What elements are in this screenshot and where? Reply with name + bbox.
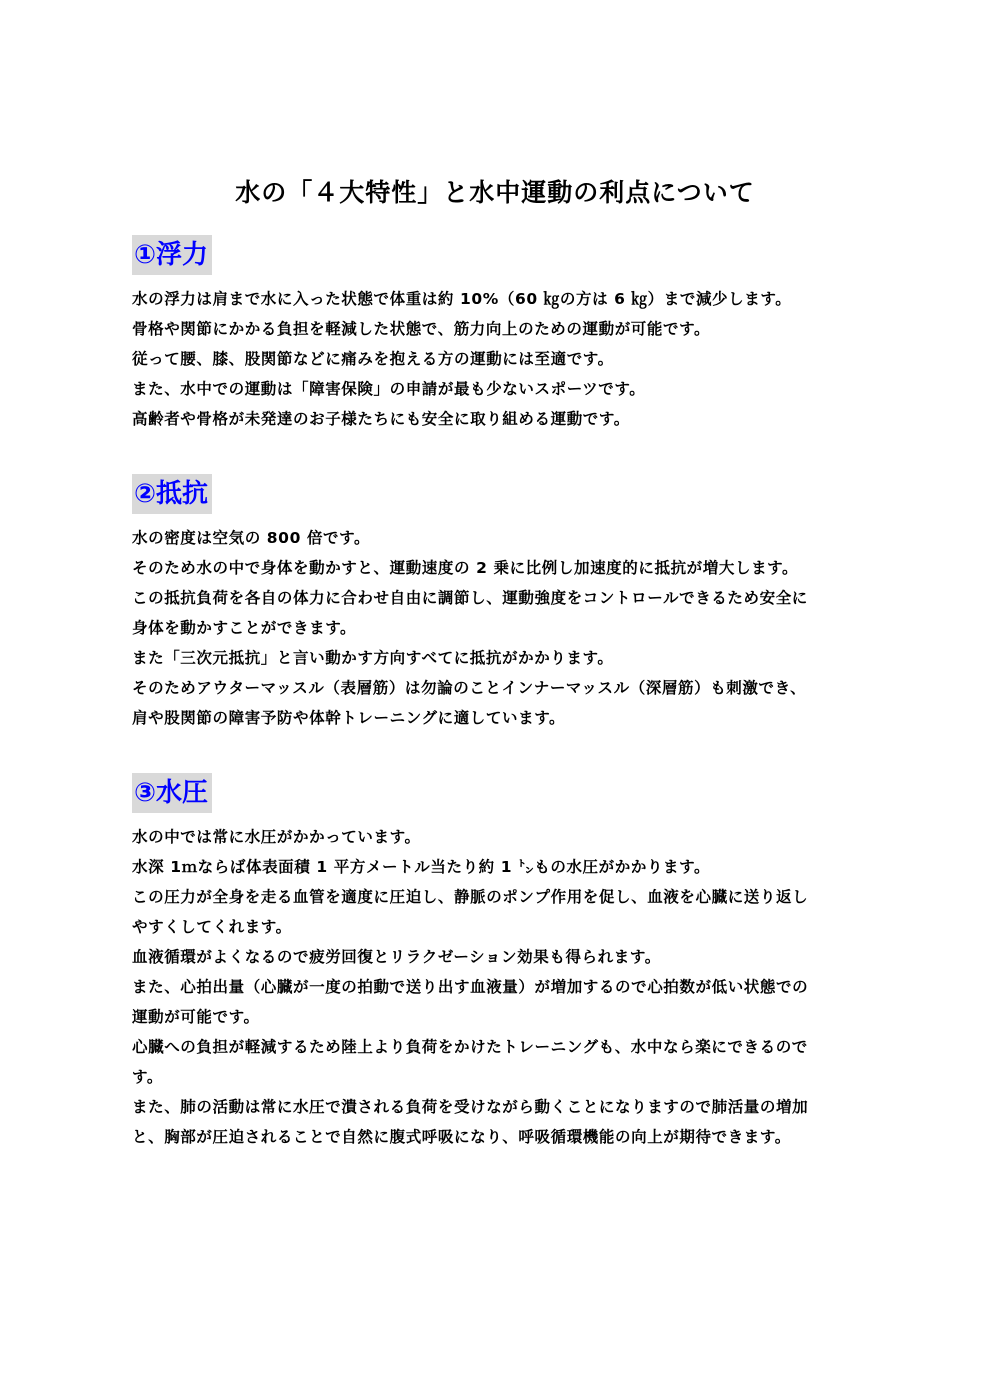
text-line: 運動が可能です。 [132, 1002, 872, 1032]
text-line: やすくしてくれます。 [132, 912, 872, 942]
text-line: また「三次元抵抗」と言い動かす方向すべてに抵抗がかかります。 [132, 643, 872, 673]
section-heading-buoyancy: ①浮力 [132, 235, 212, 275]
document-page: 水の「４大特性」と水中運動の利点について ①浮力 水の浮力は肩まで水に入った状態… [0, 0, 990, 1400]
text-line: 肩や股関節の障害予防や体幹トレーニングに適しています。 [132, 703, 872, 733]
text-line: 水の中では常に水圧がかかっています。 [132, 822, 872, 852]
text-line: 高齢者や骨格が未発達のお子様たちにも安全に取り組める運動です。 [132, 404, 872, 434]
text-line: 骨格や関節にかかる負担を軽減した状態で、筋力向上のための運動が可能です。 [132, 314, 872, 344]
text-line: そのためアウターマッスル（表層筋）は勿論のことインナーマッスル（深層筋）も刺激で… [132, 673, 872, 703]
text-line: 心臓への負担が軽減するため陸上より負荷をかけたトレーニングも、水中なら楽にできる… [132, 1032, 872, 1062]
text-line: 水の密度は空気の 800 倍です。 [132, 523, 872, 553]
section-heading-resistance: ②抵抗 [132, 474, 212, 514]
section-body-resistance: 水の密度は空気の 800 倍です。 そのため水の中で身体を動かすと、運動速度の … [132, 523, 872, 733]
text-line: そのため水の中で身体を動かすと、運動速度の 2 乗に比例し加速度的に抵抗が増大し… [132, 553, 872, 583]
text-line: また、心拍出量（心臓が一度の拍動で送り出す血液量）が増加するので心拍数が低い状態… [132, 972, 872, 1002]
text-line: 身体を動かすことができます。 [132, 613, 872, 643]
section-body-buoyancy: 水の浮力は肩まで水に入った状態で体重は約 10%（60 ㎏の方は 6 ㎏）まで減… [132, 284, 872, 434]
text-line: この抵抗負荷を各自の体力に合わせ自由に調節し、運動強度をコントロールできるため安… [132, 583, 872, 613]
text-line: 水深 1ｍならば体表面積 1 平方メートル当たり約 1 ㌧もの水圧がかかります。 [132, 852, 872, 882]
text-line: また、水中での運動は「障害保険」の申請が最も少ないスポーツです。 [132, 374, 872, 404]
section-heading-water-pressure: ③水圧 [132, 773, 212, 813]
document-title: 水の「４大特性」と水中運動の利点について [0, 173, 990, 213]
text-line: この圧力が全身を走る血管を適度に圧迫し、静脈のポンプ作用を促し、血液を心臓に送り… [132, 882, 872, 912]
text-line: す。 [132, 1062, 872, 1092]
text-line: 水の浮力は肩まで水に入った状態で体重は約 10%（60 ㎏の方は 6 ㎏）まで減… [132, 284, 872, 314]
text-line: 血液循環がよくなるので疲労回復とリラクゼーション効果も得られます。 [132, 942, 872, 972]
text-line: また、肺の活動は常に水圧で潰される負荷を受けながら動くことになりますので肺活量の… [132, 1092, 872, 1122]
text-line: 従って腰、膝、股関節などに痛みを抱える方の運動には至適です。 [132, 344, 872, 374]
text-line: と、胸部が圧迫されることで自然に腹式呼吸になり、呼吸循環機能の向上が期待できます… [132, 1122, 872, 1152]
section-body-water-pressure: 水の中では常に水圧がかかっています。 水深 1ｍならば体表面積 1 平方メートル… [132, 822, 872, 1152]
